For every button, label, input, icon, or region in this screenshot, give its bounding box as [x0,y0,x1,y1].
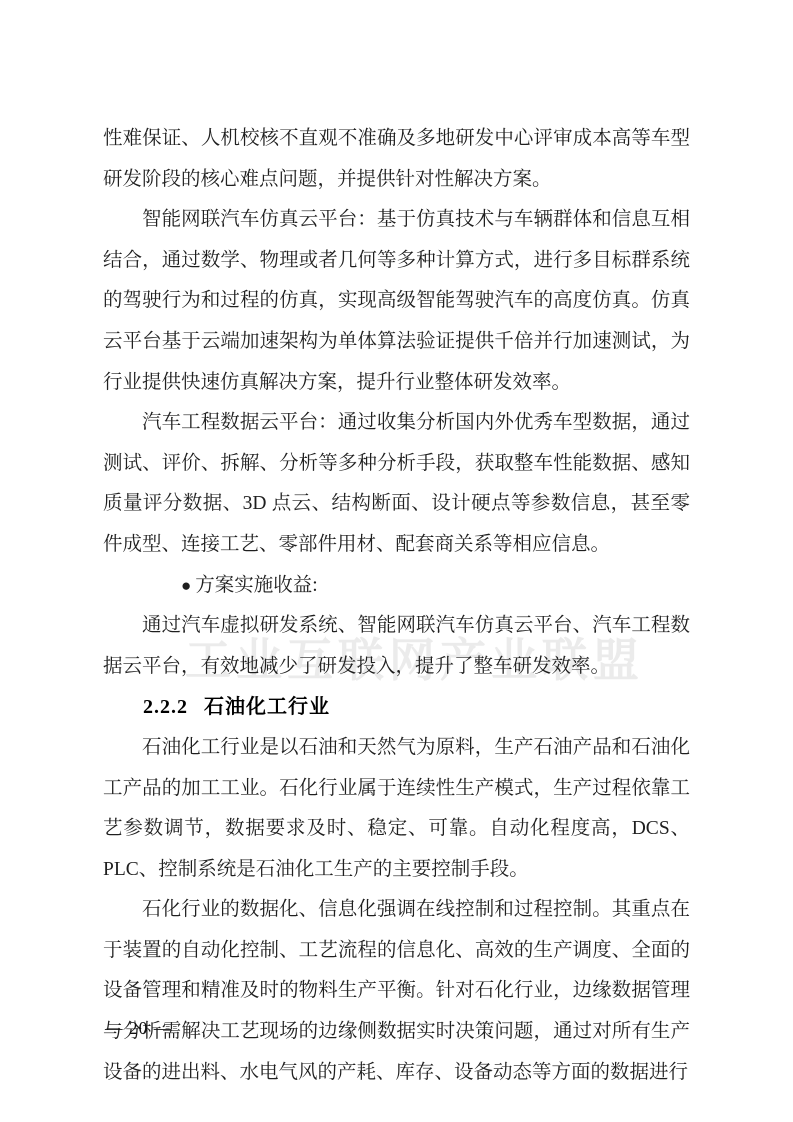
paragraph-simulation-cloud: 智能网联汽车仿真云平台：基于仿真技术与车辆群体和信息互相结合，通过数学、物理或者… [103,200,690,403]
paragraph-petrochemical-overview: 石油化工行业是以石油和天然气为原料，生产石油产品和石油化工产品的加工工业。石化行… [103,728,690,890]
section-heading: 2.2.2石油化工行业 [103,687,690,728]
bullet-label: 方案实施收益: [195,575,317,596]
paragraph-engineering-data-cloud: 汽车工程数据云平台：通过收集分析国内外优秀车型数据，通过测试、评价、拆解、分析等… [103,403,690,565]
paragraph-petrochemical-digitalization: 石化行业的数据化、信息化强调在线控制和过程控制。其重点在于装置的自动化控制、工艺… [103,890,690,1093]
paragraph-benefits: 通过汽车虚拟研发系统、智能网联汽车仿真云平台、汽车工程数据云平台，有效地减少了研… [103,606,690,687]
section-heading-number: 2.2.2 [143,696,188,718]
bullet-list-item: ●方案实施收益: [103,566,690,607]
paragraph-carryover: 性难保证、人机校核不直观不准确及多地研发中心评审成本高等车型研发阶段的核心难点问… [103,119,690,200]
document-page: 工业互联网产业联盟 性难保证、人机校核不直观不准确及多地研发中心评审成本高等车型… [0,0,793,1122]
section-heading-title: 石油化工行业 [204,696,330,718]
page-number: — 20 — [105,1016,172,1040]
bullet-dot-icon: ● [142,566,191,607]
page-body: 性难保证、人机校核不直观不准确及多地研发中心评审成本高等车型研发阶段的核心难点问… [103,119,690,1093]
